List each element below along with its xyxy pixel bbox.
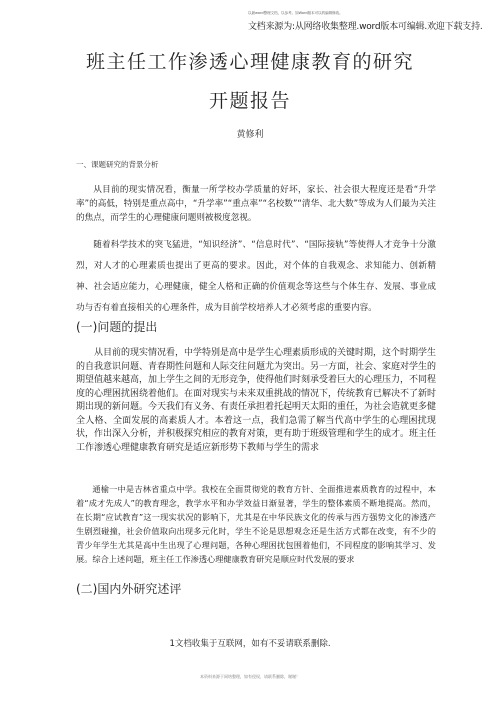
subsection-heading-review: (二)国内外研究述评 — [76, 580, 181, 597]
subsection-heading-problem: (一)问题的提出 — [76, 318, 157, 335]
footer-tiny-note: 本资料来源于网络整理，如有侵权，请联系删除，谢谢！ — [0, 674, 500, 680]
document-subtitle: 开题报告 — [0, 86, 500, 113]
document-title: 班主任工作渗透心理健康教育的研究 — [0, 47, 500, 74]
header-source-line: 文档来源为:从网络收集整理.word版本可编辑.欢迎下载支持. — [248, 19, 483, 32]
paragraph-problem-1: 从目前的现实情况看，中学特别是高中是学生心理素质形成的关键时期，这个时期学生的自… — [76, 347, 436, 455]
footer-note: 1文档收集于互联网，如有不妥请联系删除. — [0, 637, 500, 649]
section-heading-background: 一、课题研究的背景分析 — [76, 159, 159, 170]
paragraph-problem-2: 通榆一中是吉林省重点中学。我校在全面贯彻党的教育方针、全面推进素质教育的过程中，… — [76, 482, 436, 566]
paragraph-background-1: 从目前的现实情况看，衡量一所学校办学质量的好坏，家长、社会很大程度还是看“升学率… — [76, 183, 436, 225]
document-author: 黄修利 — [0, 127, 500, 140]
paragraph-background-2: 随着科学技术的突飞猛进，“知识经济”、“信息时代”、“国际接轨”等使得人才竞争十… — [76, 235, 436, 319]
header-tiny-note: 以最word整理文档，以参考。如Word版本可以的编辑修改。 — [248, 11, 343, 16]
